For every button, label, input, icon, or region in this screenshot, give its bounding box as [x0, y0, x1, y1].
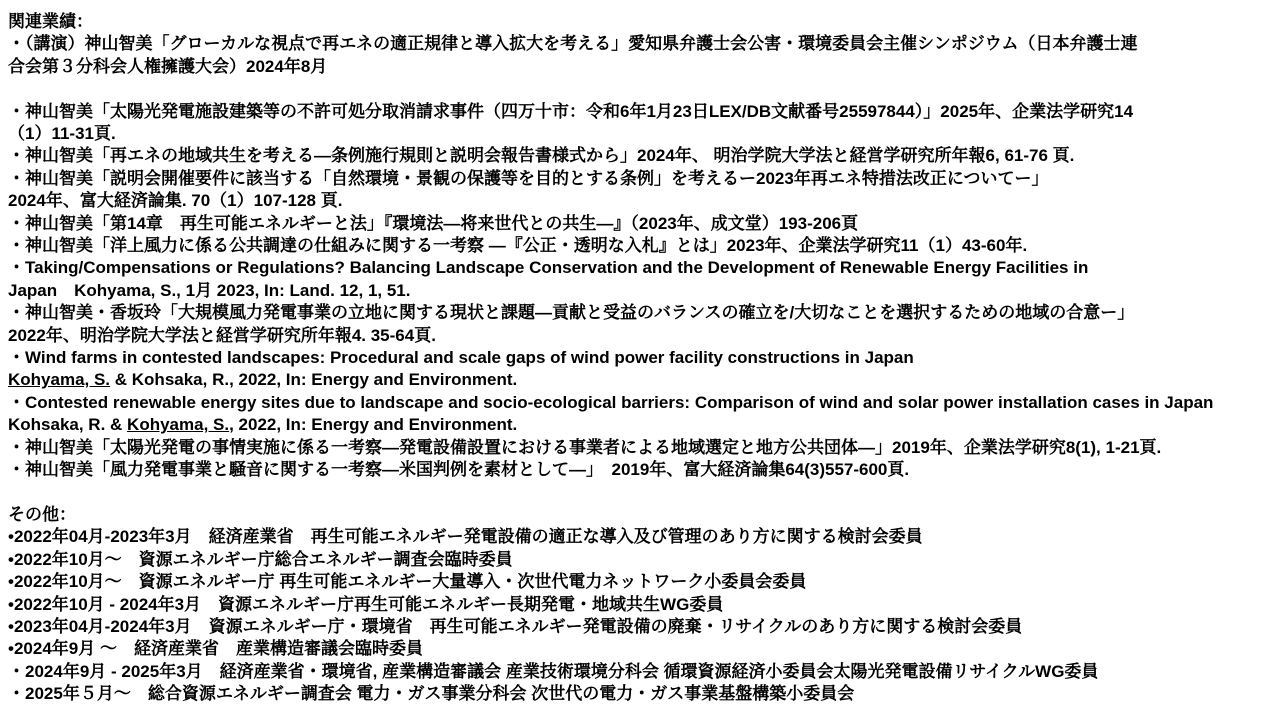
document-line: ・Wind farms in contested landscapes: Pro… [8, 347, 1278, 369]
section-other-activities: その他：•2022年04月-2023年3月 経済産業省 再生可能エネルギー発電設… [8, 504, 1278, 706]
text-segment: •2022年10月～ 資源エネルギー庁総合エネルギー調査会臨時委員 [8, 550, 513, 569]
document-line: Kohyama, S. & Kohsaka, R., 2022, In: Ene… [8, 369, 1278, 391]
document-line: ・2024年9月 - 2025年3月 経済産業省・環境省, 産業構造審議会 産業… [8, 661, 1278, 683]
list-item: ・（講演）神山智美「グローカルな視点で再エネの適正規律と導入拡大を考える」愛知県… [8, 33, 1278, 78]
list-item: •2022年04月-2023年3月 経済産業省 再生可能エネルギー発電設備の適正… [8, 526, 1278, 548]
document-line: ・神山智美「太陽光発電の事情実施に係る一考察—発電設備設置における事業者による地… [8, 437, 1278, 459]
text-segment: ・神山智美「洋上風力に係る公共調達の仕組みに関する一考察 ―『公正・透明な入札』… [8, 236, 1027, 255]
text-segment: ・Contested renewable energy sites due to… [8, 393, 1213, 412]
section-heading: その他： [8, 504, 1278, 526]
text-segment: & Kohsaka, R., 2022, In: Energy and Envi… [110, 370, 517, 389]
document-line: ・神山智美「太陽光発電施設建築等の不許可処分取消請求事件（四万十市：令和6年1月… [8, 101, 1278, 123]
document-line: ・神山智美「風力発電事業と騒音に関する一考察—米国判例を素材として—」 2019… [8, 459, 1278, 481]
document-line: ・神山智美「再エネの地域共生を考える―条例施行規則と説明会報告書様式から」202… [8, 145, 1278, 167]
section-heading: 関連業績： [8, 11, 1278, 33]
text-segment: ・2024年9月 - 2025年3月 経済産業省・環境省, 産業構造審議会 産業… [8, 662, 1098, 681]
document-line: ・Taking/Compensations or Regulations? Ba… [8, 257, 1278, 279]
list-item: ・神山智美・香坂玲「大規模風力発電事業の立地に関する現状と課題—貢献と受益のバラ… [8, 302, 1278, 347]
list-item: ・Taking/Compensations or Regulations? Ba… [8, 257, 1278, 302]
text-segment: 2024年、富大経済論集. 70（1）107-128 頁. [8, 191, 342, 210]
document-line: •2022年10月～ 資源エネルギー庁総合エネルギー調査会臨時委員 [8, 549, 1278, 571]
document-line: 合会第３分科会人権擁護大会）2024年8月 [8, 56, 1278, 78]
list-item: ・神山智美「洋上風力に係る公共調達の仕組みに関する一考察 ―『公正・透明な入札』… [8, 235, 1278, 257]
text-segment: ・神山智美「再エネの地域共生を考える―条例施行規則と説明会報告書様式から」202… [8, 146, 1074, 165]
document-line: ・Contested renewable energy sites due to… [8, 392, 1278, 414]
text-segment: ・神山智美・香坂玲「大規模風力発電事業の立地に関する現状と課題—貢献と受益のバラ… [8, 303, 1134, 322]
document-line: ・神山智美「第14章 再生可能エネルギーと法」『環境法―将来世代との共生―』（2… [8, 213, 1278, 235]
list-item: ・2024年9月 - 2025年3月 経済産業省・環境省, 産業構造審議会 産業… [8, 661, 1278, 683]
list-item: •2022年10月～ 資源エネルギー庁 再生可能エネルギー大量導入・次世代電力ネ… [8, 571, 1278, 593]
list-item: ・神山智美「第14章 再生可能エネルギーと法」『環境法―将来世代との共生―』（2… [8, 213, 1278, 235]
list-item: ・神山智美「風力発電事業と騒音に関する一考察—米国判例を素材として—」 2019… [8, 459, 1278, 481]
text-segment: ・神山智美「説明会開催要件に該当する「自然環境・景観の保護等を目的とする条例」を… [8, 169, 1048, 188]
underlined-author-name: Kohyama, S. [127, 415, 229, 434]
document-line: •2023年04月-2024年3月 資源エネルギー庁・環境省 再生可能エネルギー… [8, 616, 1278, 638]
list-item: ・神山智美「再エネの地域共生を考える―条例施行規則と説明会報告書様式から」202… [8, 145, 1278, 167]
list-item: ・2025年５月～ 総合資源エネルギー調査会 電力・ガス事業分科会 次世代の電力… [8, 683, 1278, 705]
section-related-works: 関連業績：・（講演）神山智美「グローカルな視点で再エネの適正規律と導入拡大を考え… [8, 11, 1278, 482]
document-line: （1）11-31頁. [8, 123, 1278, 145]
text-segment: ・Wind farms in contested landscapes: Pro… [8, 348, 914, 367]
list-item: •2022年10月～ 資源エネルギー庁総合エネルギー調査会臨時委員 [8, 549, 1278, 571]
document-line: 2024年、富大経済論集. 70（1）107-128 頁. [8, 190, 1278, 212]
list-item: •2023年04月-2024年3月 資源エネルギー庁・環境省 再生可能エネルギー… [8, 616, 1278, 638]
text-segment: •2022年10月 - 2024年3月 資源エネルギー庁再生可能エネルギー長期発… [8, 595, 723, 614]
text-segment: 合会第３分科会人権擁護大会）2024年8月 [8, 57, 327, 76]
text-segment: ・2025年５月～ 総合資源エネルギー調査会 電力・ガス事業分科会 次世代の電力… [8, 684, 854, 703]
text-segment: ・Taking/Compensations or Regulations? Ba… [8, 258, 1088, 277]
document-line: ・神山智美「説明会開催要件に該当する「自然環境・景観の保護等を目的とする条例」を… [8, 168, 1278, 190]
text-segment: •2022年10月～ 資源エネルギー庁 再生可能エネルギー大量導入・次世代電力ネ… [8, 572, 806, 591]
text-segment: ・神山智美「風力発電事業と騒音に関する一考察—米国判例を素材として—」 2019… [8, 460, 909, 479]
text-segment: 2022年、明治学院大学法と経営学研究所年報4. 35-64頁. [8, 326, 436, 345]
document-line: •2022年10月～ 資源エネルギー庁 再生可能エネルギー大量導入・次世代電力ネ… [8, 571, 1278, 593]
list-item: ・Contested renewable energy sites due to… [8, 392, 1278, 437]
text-segment: •2024年9月 ～ 経済産業省 産業構造審議会臨時委員 [8, 639, 423, 658]
list-item: ・神山智美「太陽光発電施設建築等の不許可処分取消請求事件（四万十市：令和6年1月… [8, 101, 1278, 146]
list-item: •2024年9月 ～ 経済産業省 産業構造審議会臨時委員 [8, 638, 1278, 660]
text-segment: Japan Kohyama, S., 1月 2023, In: Land. 12… [8, 281, 411, 300]
text-segment: （1）11-31頁. [8, 124, 116, 143]
document-line: ・神山智美・香坂玲「大規模風力発電事業の立地に関する現状と課題—貢献と受益のバラ… [8, 302, 1278, 324]
document-line: •2022年10月 - 2024年3月 資源エネルギー庁再生可能エネルギー長期発… [8, 594, 1278, 616]
text-segment: Kohsaka, R. & [8, 415, 127, 434]
list-item: ・神山智美「太陽光発電の事情実施に係る一考察—発電設備設置における事業者による地… [8, 437, 1278, 459]
text-segment: ・神山智美「第14章 再生可能エネルギーと法」『環境法―将来世代との共生―』（2… [8, 214, 858, 233]
document-line: Japan Kohyama, S., 1月 2023, In: Land. 12… [8, 280, 1278, 302]
text-segment: ・（講演）神山智美「グローカルな視点で再エネの適正規律と導入拡大を考える」愛知県… [8, 34, 1138, 53]
text-segment: , 2022, In: Energy and Environment. [229, 415, 517, 434]
document-line: 2022年、明治学院大学法と経営学研究所年報4. 35-64頁. [8, 325, 1278, 347]
document-line: •2022年04月-2023年3月 経済産業省 再生可能エネルギー発電設備の適正… [8, 526, 1278, 548]
list-item: ・Wind farms in contested landscapes: Pro… [8, 347, 1278, 392]
list-item: •2022年10月 - 2024年3月 資源エネルギー庁再生可能エネルギー長期発… [8, 594, 1278, 616]
underlined-author-name: Kohyama, S. [8, 370, 110, 389]
document-line: •2024年9月 ～ 経済産業省 産業構造審議会臨時委員 [8, 638, 1278, 660]
text-segment: •2023年04月-2024年3月 資源エネルギー庁・環境省 再生可能エネルギー… [8, 617, 1022, 636]
document-page: 関連業績：・（講演）神山智美「グローカルな視点で再エネの適正規律と導入拡大を考え… [0, 0, 1280, 706]
document-line: Kohsaka, R. & Kohyama, S., 2022, In: Ene… [8, 414, 1278, 436]
text-segment: ・神山智美「太陽光発電施設建築等の不許可処分取消請求事件（四万十市：令和6年1月… [8, 102, 1133, 121]
text-segment: ・神山智美「太陽光発電の事情実施に係る一考察—発電設備設置における事業者による地… [8, 438, 1161, 457]
text-segment: •2022年04月-2023年3月 経済産業省 再生可能エネルギー発電設備の適正… [8, 527, 923, 546]
list-item: ・神山智美「説明会開催要件に該当する「自然環境・景観の保護等を目的とする条例」を… [8, 168, 1278, 213]
document-line: ・（講演）神山智美「グローカルな視点で再エネの適正規律と導入拡大を考える」愛知県… [8, 33, 1278, 55]
document-line: ・神山智美「洋上風力に係る公共調達の仕組みに関する一考察 ―『公正・透明な入札』… [8, 235, 1278, 257]
document-line: ・2025年５月～ 総合資源エネルギー調査会 電力・ガス事業分科会 次世代の電力… [8, 683, 1278, 705]
